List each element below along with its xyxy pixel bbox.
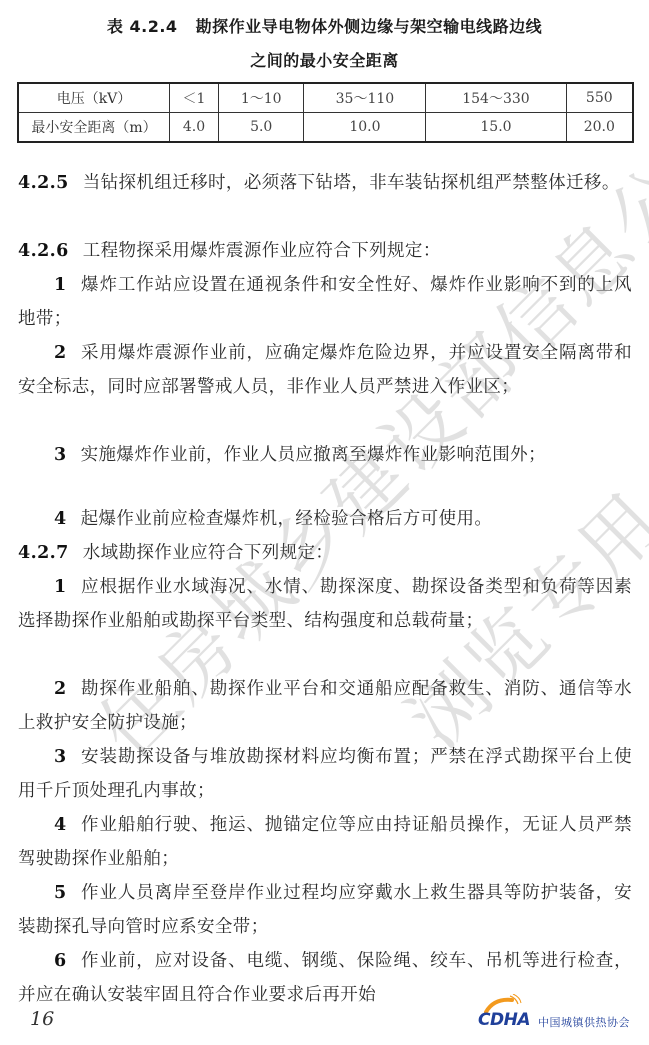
table-cell: 1～10	[218, 83, 303, 113]
table-cell: 5.0	[218, 113, 303, 143]
item-number: 3	[54, 747, 67, 767]
item-text: 作业人员离岸至登岸作业过程均应穿戴水上救生器具等防护装备，安装勘探孔导向管时应系…	[18, 883, 632, 937]
table-caption-title: 勘探作业导电物体外侧边缘与架空输电线路边线	[196, 17, 543, 36]
item-4-2-7-1: 1应根据作业水域海况、水情、勘探深度、勘探设备类型和负荷等因素选择勘探作业船舶或…	[18, 570, 632, 638]
item-number: 4	[54, 509, 67, 529]
page-number: 16	[30, 1008, 54, 1030]
cdha-logo: CDHA 中国城镇供热协会	[478, 1000, 648, 1036]
item-text: 作业船舶行驶、拖运、抛锚定位等应由持证船员操作，无证人员严禁驾驶勘探作业船舶；	[18, 815, 632, 869]
row-header-voltage: 电压（kV）	[18, 83, 170, 113]
logo-org-name: 中国城镇供热协会	[538, 1014, 630, 1030]
table-cell: 550	[566, 83, 633, 113]
table-cell: 10.0	[304, 113, 426, 143]
item-number: 6	[54, 951, 67, 971]
clause-number: 4.2.7	[18, 543, 69, 563]
item-4-2-7-5: 5作业人员离岸至登岸作业过程均应穿戴水上救生器具等防护装备，安装勘探孔导向管时应…	[18, 876, 632, 944]
item-text: 勘探作业船舶、勘探作业平台和交通船应配备救生、消防、通信等水上救护安全防护设施；	[18, 679, 632, 733]
safety-distance-table: 电压（kV） ＜1 1～10 35～110 154～330 550 最小安全距离…	[17, 82, 634, 143]
item-number: 1	[54, 275, 67, 295]
item-4-2-7-2: 2勘探作业船舶、勘探作业平台和交通船应配备救生、消防、通信等水上救护安全防护设施…	[18, 672, 632, 740]
clause-4-2-7: 4.2.7水域勘探作业应符合下列规定：	[18, 536, 632, 570]
table-cell: 4.0	[170, 113, 219, 143]
item-text: 爆炸工作站应设置在通视条件和安全性好、爆炸作业影响不到的上风地带；	[18, 275, 632, 329]
table-caption-number: 表 4.2.4	[107, 17, 178, 36]
table-caption-line2: 之间的最小安全距离	[0, 48, 649, 71]
item-4-2-6-4: 4起爆作业前应检查爆炸机，经检验合格后方可使用。	[18, 502, 632, 536]
item-4-2-6-2: 2采用爆炸震源作业前，应确定爆炸危险边界，并应设置安全隔离带和安全标志，同时应部…	[18, 336, 632, 404]
clause-number: 4.2.5	[18, 173, 69, 193]
item-text: 安装勘探设备与堆放勘探材料应均衡布置；严禁在浮式勘探平台上使用千斤顶处理孔内事故…	[18, 747, 632, 801]
item-number: 5	[54, 883, 67, 903]
item-4-2-7-3: 3安装勘探设备与堆放勘探材料应均衡布置；严禁在浮式勘探平台上使用千斤顶处理孔内事…	[18, 740, 632, 808]
item-number: 2	[54, 679, 67, 699]
table-row-distance: 最小安全距离（m） 4.0 5.0 10.0 15.0 20.0	[18, 113, 633, 143]
clause-text: 当钻探机组迁移时，必须落下钻塔，非车装钻探机组严禁整体迁移。	[83, 173, 620, 193]
clause-text: 工程物探采用爆炸震源作业应符合下列规定：	[83, 241, 441, 261]
row-header-distance: 最小安全距离（m）	[18, 113, 170, 143]
item-text: 起爆作业前应检查爆炸机，经检验合格后方可使用。	[81, 509, 493, 529]
clause-4-2-5: 4.2.5当钻探机组迁移时，必须落下钻塔，非车装钻探机组严禁整体迁移。	[18, 166, 632, 200]
item-4-2-7-4: 4作业船舶行驶、拖运、抛锚定位等应由持证船员操作，无证人员严禁驾驶勘探作业船舶；	[18, 808, 632, 876]
document-page: 表 4.2.4勘探作业导电物体外侧边缘与架空输电线路边线 之间的最小安全距离 电…	[0, 0, 649, 1045]
item-number: 1	[54, 577, 67, 597]
item-text: 作业前，应对设备、电缆、钢缆、保险绳、绞车、吊机等进行检查，并应在确认安装牢固且…	[18, 951, 632, 1005]
item-text: 采用爆炸震源作业前，应确定爆炸危险边界，并应设置安全隔离带和安全标志，同时应部署…	[18, 343, 632, 397]
table-cell: 154～330	[426, 83, 566, 113]
clause-text: 水域勘探作业应符合下列规定：	[83, 543, 334, 563]
item-number: 2	[54, 343, 67, 363]
table-row-voltage: 电压（kV） ＜1 1～10 35～110 154～330 550	[18, 83, 633, 113]
clause-number: 4.2.6	[18, 241, 69, 261]
table-cell: ＜1	[170, 83, 219, 113]
logo-mark: CDHA	[478, 1010, 530, 1030]
item-text: 应根据作业水域海况、水情、勘探深度、勘探设备类型和负荷等因素选择勘探作业船舶或勘…	[18, 577, 632, 631]
item-4-2-6-1: 1爆炸工作站应设置在通视条件和安全性好、爆炸作业影响不到的上风地带；	[18, 268, 632, 336]
table-caption-line1: 表 4.2.4勘探作业导电物体外侧边缘与架空输电线路边线	[0, 14, 649, 37]
table-cell: 20.0	[566, 113, 633, 143]
clause-4-2-6: 4.2.6工程物探采用爆炸震源作业应符合下列规定：	[18, 234, 632, 268]
item-4-2-6-3: 3实施爆炸作业前，作业人员应撤离至爆炸作业影响范围外；	[18, 438, 632, 472]
item-number: 3	[54, 445, 67, 465]
item-text: 实施爆炸作业前，作业人员应撤离至爆炸作业影响范围外；	[81, 445, 546, 465]
item-number: 4	[54, 815, 67, 835]
table-cell: 35～110	[304, 83, 426, 113]
table-cell: 15.0	[426, 113, 566, 143]
